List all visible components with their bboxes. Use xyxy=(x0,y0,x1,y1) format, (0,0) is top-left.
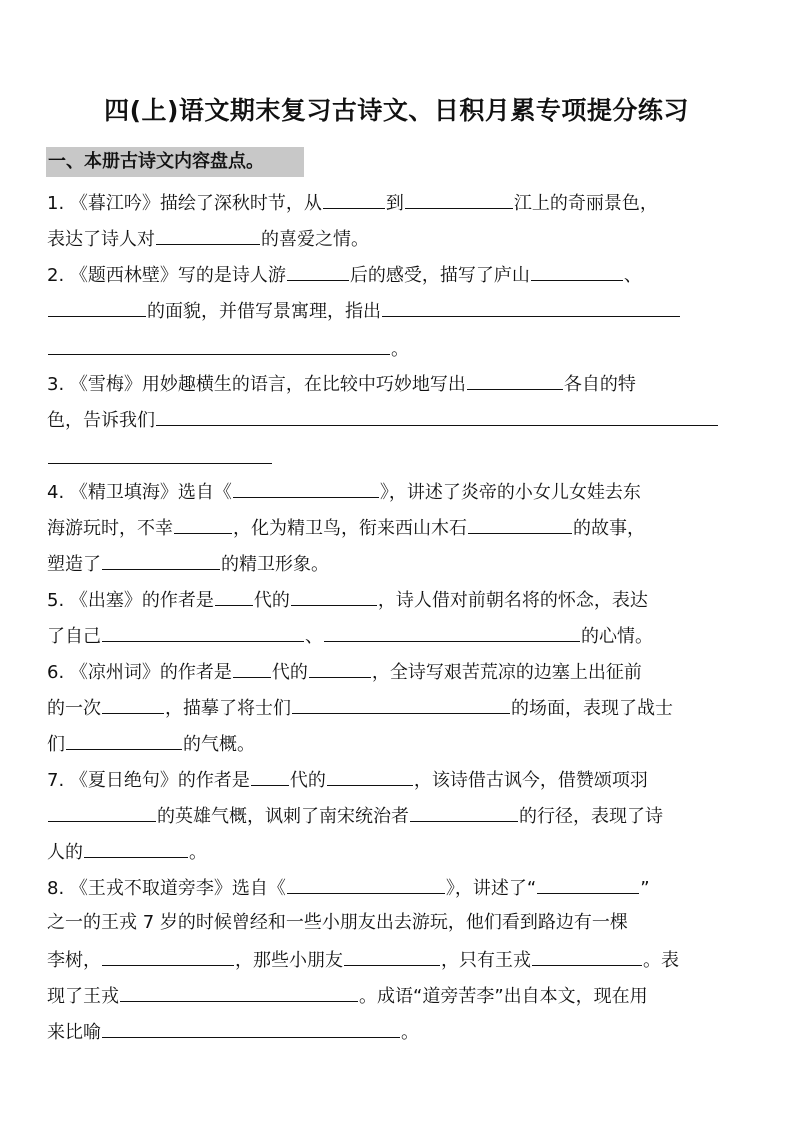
line-text: 6. 《凉州词》的作者是 xyxy=(47,662,232,683)
line-text: 塑造了 xyxy=(47,554,101,575)
line-text: 色，告诉我们 xyxy=(47,410,155,431)
line-text: 代的 xyxy=(272,662,308,683)
exercise-line: 了自己、的心情。 xyxy=(47,621,739,651)
line-text: 5. 《出塞》的作者是 xyxy=(47,590,214,611)
fill-in-blank[interactable] xyxy=(537,873,639,894)
exercise-line: 之一的王戎 7 岁的时候曾经和一些小朋友出去游玩，他们看到路边有一棵 xyxy=(47,909,739,937)
line-text: 的喜爱之情。 xyxy=(261,229,369,250)
fill-in-blank[interactable] xyxy=(66,729,182,750)
exercise-line: 的一次，描摹了将士们的场面，表现了战士 xyxy=(47,693,739,723)
line-text: ，全诗写艰苦荒凉的边塞上出征前 xyxy=(372,662,642,683)
exercise-line: 的英雄气概，讽刺了南宋统治者的行径，表现了诗 xyxy=(47,801,739,831)
line-text: 海游玩时，不幸 xyxy=(47,518,173,539)
line-text: 表达了诗人对 xyxy=(47,229,155,250)
fill-in-blank[interactable] xyxy=(48,334,390,355)
line-text: ，诗人借对前朝名将的怀念，表达 xyxy=(378,590,648,611)
exercise-line: 1. 《暮江吟》描绘了深秋时节，从到江上的奇丽景色， xyxy=(47,188,739,218)
fill-in-blank[interactable] xyxy=(291,585,377,606)
exercise-line: 来比喻。 xyxy=(47,1017,739,1047)
line-text: 》，讲述了“ xyxy=(446,878,536,899)
line-text: 的一次 xyxy=(47,698,101,719)
fill-in-blank[interactable] xyxy=(532,945,642,966)
fill-in-blank[interactable] xyxy=(467,369,563,390)
exercise-line: 色，告诉我们 xyxy=(47,405,739,435)
fill-in-blank[interactable] xyxy=(102,945,234,966)
fill-in-blank[interactable] xyxy=(48,801,156,822)
exercise-line: 现了王戎。成语“道旁苦李”出自本文，现在用 xyxy=(47,981,739,1011)
fill-in-blank[interactable] xyxy=(233,477,379,498)
line-text: 7. 《夏日绝句》的作者是 xyxy=(47,770,250,791)
fill-in-blank[interactable] xyxy=(309,657,371,678)
fill-in-blank[interactable] xyxy=(174,513,232,534)
line-text: 。成语“道旁苦李”出自本文，现在用 xyxy=(359,986,648,1007)
fill-in-blank[interactable] xyxy=(327,765,413,786)
fill-in-blank[interactable] xyxy=(102,693,164,714)
exercise-line: 们的气概。 xyxy=(47,729,739,759)
line-text: 人的 xyxy=(47,842,83,863)
exercise-line: 的面貌，并借写景寓理，指出 xyxy=(47,296,739,326)
exercise-line: 8. 《王戎不取道旁李》选自《》，讲述了“” xyxy=(47,873,739,903)
fill-in-blank[interactable] xyxy=(84,837,188,858)
section-heading: 一、本册古诗文内容盘点。 xyxy=(46,147,304,177)
line-text: 3. 《雪梅》用妙趣横生的语言，在比较中巧妙地写出 xyxy=(47,374,466,395)
line-text: ，描摹了将士们 xyxy=(165,698,291,719)
line-text: 江上的奇丽景色， xyxy=(514,193,658,214)
line-text: 了自己 xyxy=(47,626,101,647)
fill-in-blank[interactable] xyxy=(344,945,440,966)
fill-in-blank[interactable] xyxy=(405,188,513,209)
line-text: 4. 《精卫填海》选自《 xyxy=(47,482,232,503)
fill-in-blank[interactable] xyxy=(323,188,385,209)
line-text: 的气概。 xyxy=(183,734,255,755)
line-text: 2. 《题西林壁》写的是诗人游 xyxy=(47,265,286,286)
line-text: 。 xyxy=(401,1022,419,1043)
exercise-line: 塑造了的精卫形象。 xyxy=(47,549,739,579)
line-text: 、 xyxy=(624,265,642,286)
fill-in-blank[interactable] xyxy=(531,260,623,281)
exercise-line: 6. 《凉州词》的作者是代的，全诗写艰苦荒凉的边塞上出征前 xyxy=(47,657,739,687)
line-text: ，化为精卫鸟，衔来西山木石 xyxy=(233,518,467,539)
line-text: 现了王戎 xyxy=(47,986,119,1007)
line-text: 》，讲述了炎帝的小女儿女娃去东 xyxy=(380,482,641,503)
fill-in-blank[interactable] xyxy=(102,621,304,642)
exercise-line: 人的。 xyxy=(47,837,739,867)
exercise-line: 2. 《题西林壁》写的是诗人游后的感受，描写了庐山、 xyxy=(47,260,739,290)
line-text: 8. 《王戎不取道旁李》选自《 xyxy=(47,878,286,899)
line-text: 后的感受，描写了庐山 xyxy=(350,265,530,286)
line-text: 的场面，表现了战士 xyxy=(511,698,673,719)
line-text: 的故事， xyxy=(573,518,645,539)
exercise-line xyxy=(47,443,739,473)
fill-in-blank[interactable] xyxy=(468,513,572,534)
fill-in-blank[interactable] xyxy=(382,296,680,317)
fill-in-blank[interactable] xyxy=(48,296,146,317)
line-text: 1. 《暮江吟》描绘了深秋时节，从 xyxy=(47,193,322,214)
line-text: ，该诗借古讽今，借赞颂项羽 xyxy=(414,770,648,791)
line-text: ，只有王戎 xyxy=(441,950,531,971)
line-text: 。 xyxy=(189,842,207,863)
fill-in-blank[interactable] xyxy=(251,765,289,786)
fill-in-blank[interactable] xyxy=(102,1017,400,1038)
exercise-line: 4. 《精卫填海》选自《》，讲述了炎帝的小女儿女娃去东 xyxy=(47,477,739,507)
exercise-line: 海游玩时，不幸，化为精卫鸟，衔来西山木石的故事， xyxy=(47,513,739,543)
fill-in-blank[interactable] xyxy=(156,224,260,245)
fill-in-blank[interactable] xyxy=(102,549,220,570)
fill-in-blank[interactable] xyxy=(324,621,580,642)
exercise-line: 表达了诗人对的喜爱之情。 xyxy=(47,224,739,254)
line-text: 、 xyxy=(305,626,323,647)
exercise-line: 。 xyxy=(47,334,739,364)
line-text: 的面貌，并借写景寓理，指出 xyxy=(147,301,381,322)
fill-in-blank[interactable] xyxy=(287,260,349,281)
line-text: 们 xyxy=(47,734,65,755)
document-title: 四(上)语文期末复习古诗文、日积月累专项提分练习 xyxy=(0,91,793,131)
fill-in-blank[interactable] xyxy=(120,981,358,1002)
line-text: ，那些小朋友 xyxy=(235,950,343,971)
fill-in-blank[interactable] xyxy=(156,405,718,426)
exercise-line: 5. 《出塞》的作者是代的，诗人借对前朝名将的怀念，表达 xyxy=(47,585,739,615)
line-text: ” xyxy=(640,878,649,899)
line-text: 的行径，表现了诗 xyxy=(519,806,663,827)
fill-in-blank[interactable] xyxy=(215,585,253,606)
line-text: 的英雄气概，讽刺了南宋统治者 xyxy=(157,806,409,827)
line-text: 代的 xyxy=(290,770,326,791)
fill-in-blank[interactable] xyxy=(410,801,518,822)
line-text: 。表 xyxy=(643,950,679,971)
exercise-line: 李树，，那些小朋友，只有王戎。表 xyxy=(47,945,739,975)
line-text: 各自的特 xyxy=(564,374,636,395)
exercise-line: 7. 《夏日绝句》的作者是代的，该诗借古讽今，借赞颂项羽 xyxy=(47,765,739,795)
line-text: 。 xyxy=(391,339,409,360)
fill-in-blank[interactable] xyxy=(292,693,510,714)
line-text: 来比喻 xyxy=(47,1022,101,1043)
line-text: 的心情。 xyxy=(581,626,653,647)
fill-in-blank[interactable] xyxy=(48,443,272,464)
line-text: 之一的王戎 7 岁的时候曾经和一些小朋友出去游玩，他们看到路边有一棵 xyxy=(47,912,628,933)
line-text: 到 xyxy=(386,193,404,214)
exercise-line: 3. 《雪梅》用妙趣横生的语言，在比较中巧妙地写出各自的特 xyxy=(47,369,739,399)
line-text: 的精卫形象。 xyxy=(221,554,329,575)
line-text: 代的 xyxy=(254,590,290,611)
fill-in-blank[interactable] xyxy=(233,657,271,678)
fill-in-blank[interactable] xyxy=(287,873,445,894)
line-text: 李树， xyxy=(47,950,101,971)
